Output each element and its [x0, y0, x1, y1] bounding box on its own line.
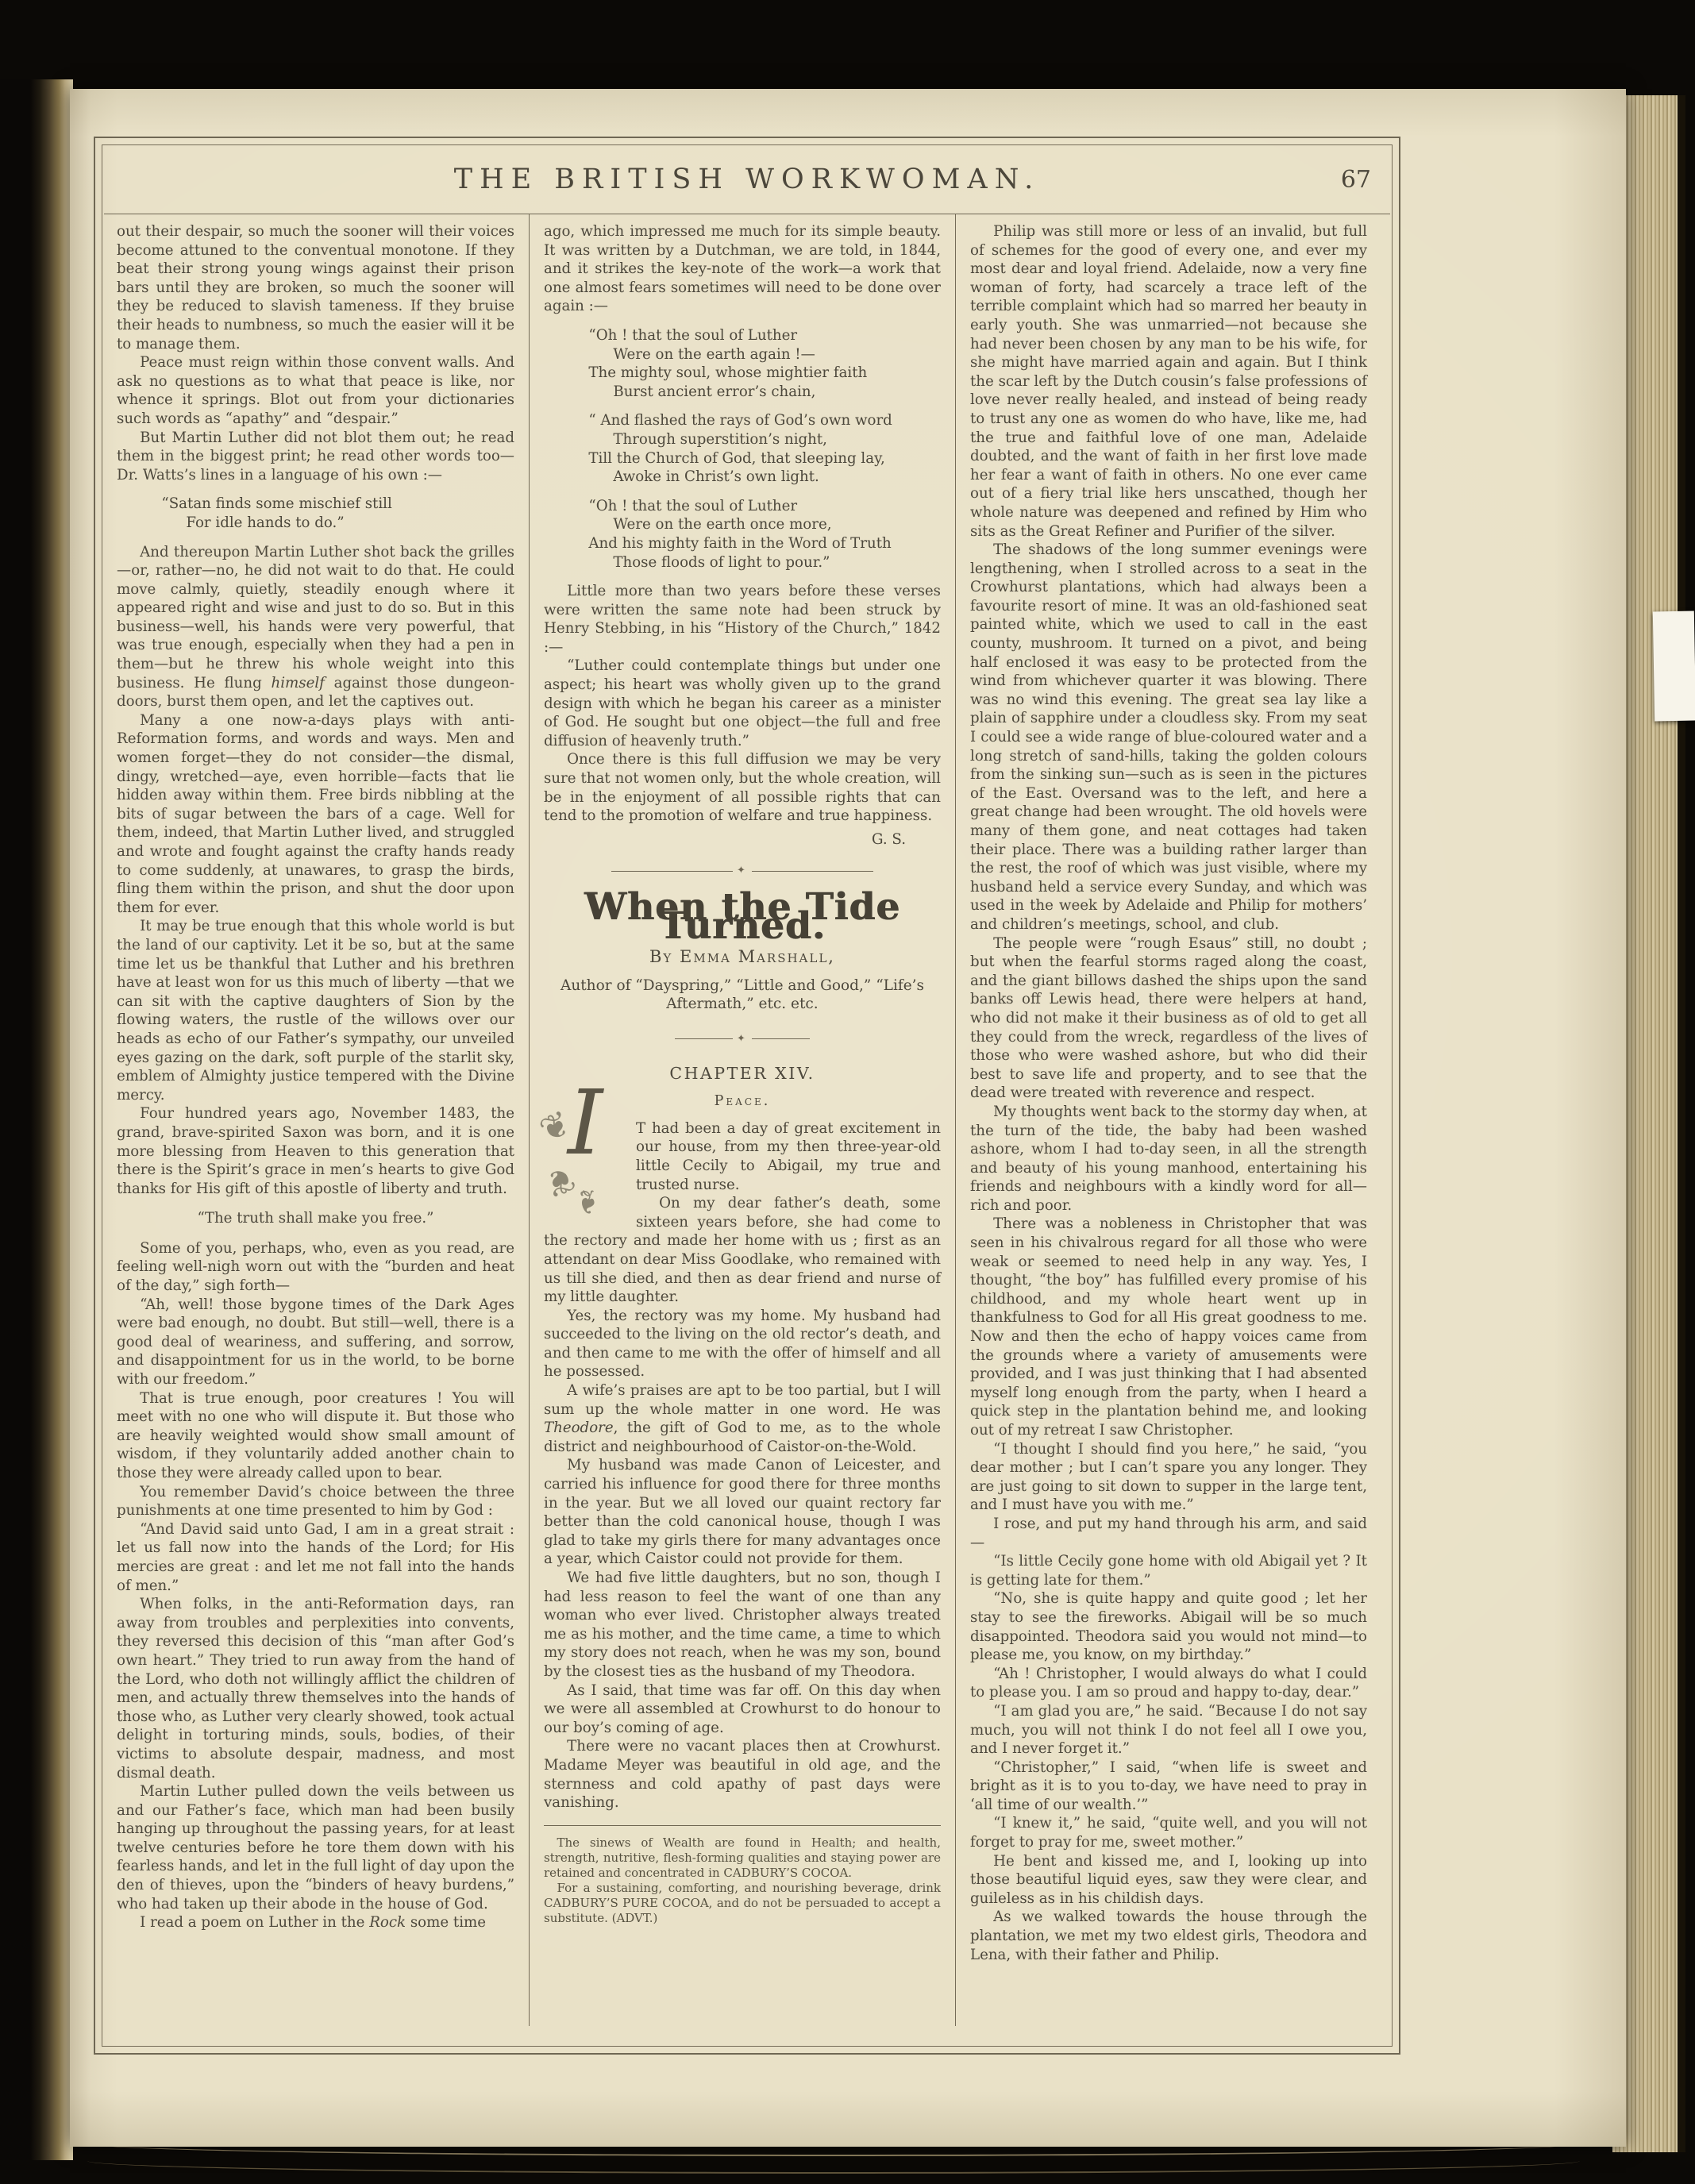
paragraph: My husband was made Canon of Leicester, … [544, 1456, 941, 1569]
paragraph: Martin Luther pulled down the veils betw… [117, 1782, 514, 1913]
verse-line: “Satan finds some mischief still [161, 495, 514, 514]
paragraph: When folks, in the anti-Reformation days… [117, 1595, 514, 1782]
diamond-ornament-icon: ✦ [733, 861, 752, 880]
verse-line: Were on the earth again !— [588, 345, 941, 364]
paragraph: And thereupon Martin Luther shot back th… [117, 543, 514, 711]
column-3: Philip was still more or less of an inva… [955, 214, 1381, 2026]
paragraph: Peace must reign within those convent wa… [117, 353, 514, 428]
verse-line: Were on the earth once more, [588, 515, 941, 534]
paragraph: Four hundred years ago, November 1483, t… [117, 1104, 514, 1198]
paragraph: We had five little daughters, but no son… [544, 1569, 941, 1681]
paragraph: My thoughts went back to the stormy day … [970, 1103, 1367, 1215]
flourish-icon: ❧ [576, 1185, 599, 1217]
ornate-initial: ❦❦❧I [544, 1123, 628, 1227]
verse-line: “Oh ! that the soul of Luther [588, 326, 941, 345]
page-number: 67 [1341, 166, 1371, 194]
verse-line: Awoke in Christ’s own light. [588, 468, 941, 487]
paragraph: “Luther could contemplate things but und… [544, 657, 941, 750]
verse-stanza: “Oh ! that the soul of LutherWere on the… [544, 497, 941, 572]
paragraph: “Christopher,” I said, “when life is swe… [970, 1758, 1367, 1815]
verse-line: And his mighty faith in the Word of Trut… [588, 534, 941, 553]
verse-line: Those floods of light to pour.” [588, 553, 941, 572]
paragraph: I read a poem on Luther in the Rock some… [117, 1913, 514, 1932]
story-title: When the Tide Turned. [544, 898, 941, 935]
paragraph: “Is little Cecily gone home with old Abi… [970, 1552, 1367, 1589]
paragraph: Yes, the rectory was my home. My husband… [544, 1307, 941, 1381]
pull-quote: “The truth shall make you free.” [117, 1209, 514, 1228]
paragraph: The shadows of the long summer evenings … [970, 541, 1367, 934]
paragraph: Once there is this full diffusion we may… [544, 750, 941, 825]
paragraph: ago, which impressed me much for its sim… [544, 222, 941, 316]
paragraph: There was a nobleness in Christopher tha… [970, 1215, 1367, 1439]
column-2: ago, which impressed me much for its sim… [529, 214, 955, 2026]
paragraph: Philip was still more or less of an inva… [970, 222, 1367, 541]
paragraph: That is true enough, poor creatures ! Yo… [117, 1389, 514, 1483]
book-photo: THE BRITISH WORKWOMAN. 67 out their desp… [0, 0, 1695, 2184]
initial-letter: I [568, 1115, 603, 1134]
advertisement-paragraph: For a sustaining, comforting, and nouris… [544, 1881, 941, 1926]
chapter-subheading: Peace. [544, 1092, 941, 1111]
paragraph: “Ah ! Christopher, I would always do wha… [970, 1665, 1367, 1702]
paragraph: “I knew it,” he said, “quite well, and y… [970, 1814, 1367, 1851]
columns: out their despair, so much the sooner wi… [102, 214, 1392, 2026]
paragraph: Little more than two years before these … [544, 582, 941, 657]
ornament-rule [611, 871, 733, 872]
verse-stanza: “Oh ! that the soul of LutherWere on the… [544, 326, 941, 401]
paragraph: As I said, that time was far off. On thi… [544, 1681, 941, 1738]
verse-line: Burst ancient error’s chain, [588, 383, 941, 402]
paragraph: “No, she is quite happy and quite good ;… [970, 1589, 1367, 1664]
divider-ornament: ✦ [675, 1030, 810, 1049]
page-bottom-edge [87, 2156, 1580, 2174]
column-1: out their despair, so much the sooner wi… [102, 214, 529, 2026]
page-title: THE BRITISH WORKWOMAN. [454, 164, 1040, 195]
paragraph: He bent and kissed me, and I, looking up… [970, 1852, 1367, 1909]
paragraph: “I am glad you are,” he said. “Because I… [970, 1702, 1367, 1758]
paragraph: “And David said unto Gad, I am in a grea… [117, 1520, 514, 1595]
paragraph: You remember David’s choice between the … [117, 1483, 514, 1520]
paper-slip-bookmark [1653, 611, 1695, 722]
verse-line: For idle hands to do.” [161, 514, 514, 533]
verse-line: “ And flashed the rays of God’s own word [588, 411, 941, 430]
ornament-rule [675, 1038, 733, 1039]
page-frame: THE BRITISH WORKWOMAN. 67 out their desp… [94, 137, 1400, 2055]
paragraph: Many a one now-a-days plays with anti-Re… [117, 711, 514, 918]
verse-line: Through superstition’s night, [588, 430, 941, 449]
section-rule [544, 1825, 941, 1826]
paragraph: Some of you, perhaps, who, even as you r… [117, 1239, 514, 1296]
paragraph: As we walked towards the house through t… [970, 1908, 1367, 1964]
paragraph: The people were “rough Esaus” still, no … [970, 934, 1367, 1103]
author-credits: Author of “Dayspring,” “Little and Good,… [550, 976, 934, 1014]
paragraph: But Martin Luther did not blot them out;… [117, 429, 514, 485]
page-header: THE BRITISH WORKWOMAN. 67 [104, 145, 1390, 214]
advertisement-paragraph: The sinews of Wealth are found in Health… [544, 1835, 941, 1881]
verse-stanza: “Satan finds some mischief stillFor idle… [117, 495, 514, 532]
paragraph: “I thought I should find you here,” he s… [970, 1440, 1367, 1515]
page: THE BRITISH WORKWOMAN. 67 out their desp… [70, 89, 1626, 2147]
diamond-ornament-icon: ✦ [733, 1030, 752, 1049]
byline: By Emma Marshall, [544, 948, 941, 967]
page-frame-inner: THE BRITISH WORKWOMAN. 67 out their desp… [102, 144, 1393, 2047]
author-initials: G. S. [544, 830, 906, 849]
verse-line: Till the Church of God, that sleeping la… [588, 449, 941, 468]
verse-line: The mighty soul, whose mightier faith [588, 364, 941, 383]
paragraph: out their despair, so much the sooner wi… [117, 222, 514, 353]
book-spine-page-edges [0, 79, 73, 2160]
paragraph: A wife’s praises are apt to be too parti… [544, 1381, 941, 1456]
verse-line: “Oh ! that the soul of Luther [588, 497, 941, 516]
drop-cap-paragraph: ❦❦❧IT had been a day of great excitement… [544, 1119, 941, 1194]
ornament-rule [752, 1038, 810, 1039]
divider-ornament: ✦ [611, 861, 873, 880]
paragraph: “Ah, well! those bygone times of the Dar… [117, 1296, 514, 1389]
chapter-heading: CHAPTER XIV. [544, 1065, 941, 1084]
paragraph: It may be true enough that this whole wo… [117, 917, 514, 1104]
ornament-rule [752, 871, 873, 872]
paragraph: There were no vacant places then at Crow… [544, 1737, 941, 1812]
paragraph: I rose, and put my hand through his arm,… [970, 1515, 1367, 1552]
verse-stanza: “ And flashed the rays of God’s own word… [544, 411, 941, 486]
